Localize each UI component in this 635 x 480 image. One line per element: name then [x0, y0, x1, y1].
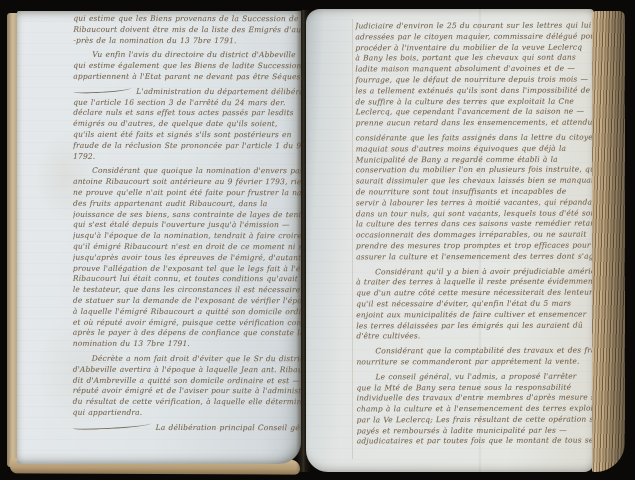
manuscript-line: considérante que les faits assignés dans…	[356, 133, 593, 145]
manuscript-line: adressées par le citoyen maquier, commis…	[355, 31, 592, 43]
manuscript-line: enjoint aux municipalités de faire culti…	[356, 309, 593, 321]
manuscript-line: Considérant qu'il y a bien à avoir préju…	[356, 266, 593, 278]
manuscript-line: L'administration du département délibéra…	[73, 87, 301, 98]
manuscript-line: le testateur, que dans les circonstances…	[73, 285, 301, 296]
manuscript-line: Ribaucourt lui était connu, et toutes co…	[73, 274, 301, 285]
manuscript-line: champ à la culture et à l'ensemencement …	[357, 404, 594, 416]
manuscript-paragraph: L'administration du département délibéra…	[73, 87, 301, 163]
manuscript-paragraph: La délibération principal Conseil généra…	[73, 422, 301, 433]
manuscript-line: que la Mté de Bany sera tenue sous la re…	[357, 382, 594, 394]
manuscript-line: qui s'est étalé depuis l'ouverture jusqu…	[73, 220, 301, 231]
manuscript-paragraph: Judiciaire d'environ le 25 du courant su…	[355, 21, 592, 130]
manuscript-line: après le payer à des dépens de confiance…	[73, 328, 301, 339]
manuscript-line: que d'un autre côté cette mesure nécessi…	[356, 288, 593, 300]
manuscript-line: à laquelle l'émigré Ribaucourt a quitté …	[73, 307, 301, 318]
manuscript-paragraph: Considérant que la comptabilité des trav…	[356, 346, 593, 368]
manuscript-line: Judiciaire d'environ le 25 du courant su…	[355, 21, 592, 33]
manuscript-line: du résultat de cette vérification, à laq…	[73, 397, 301, 408]
manuscript-line: qui appartiendra.	[73, 408, 301, 419]
manuscript-line: et où réputé avoir émigré, puisque cette…	[73, 317, 301, 328]
manuscript-line: de nourriture sont tout insuffisants et …	[356, 187, 593, 199]
manuscript-line: occasionnerait des dommages irréparables…	[356, 230, 593, 242]
manuscript-line: 1792.	[73, 151, 301, 162]
manuscript-line: fraude de la réclusion Ste prononcée par…	[73, 141, 301, 152]
book-scan: qui estime que les Biens provenans de la…	[0, 0, 635, 480]
manuscript-line: fourrage, que le défaut de nourriture de…	[355, 75, 592, 87]
manuscript-line: saurait dissimuler que les chevaux laiss…	[356, 176, 593, 188]
manuscript-line-text: La délibération principal Conseil généra…	[156, 423, 301, 432]
manuscript-line: qu'ils aient été faits et signés s'ils s…	[73, 130, 301, 141]
manuscript-line: ladite maison manquent absolument d'avoi…	[355, 64, 592, 76]
manuscript-paragraph: Le conseil général, vu l'admis, a propos…	[356, 371, 593, 447]
manuscript-line: Vu enfin l'avis du directoire du distric…	[73, 50, 301, 61]
manuscript-line: d'Abbeville avertira à l'époque à laquel…	[73, 365, 301, 376]
left-page-text: qui estime que les Biens provenans de la…	[73, 14, 302, 434]
manuscript-line: réputé avoir émigré et de l'aviser pour …	[73, 386, 301, 397]
manuscript-line: les terres délaissées par les émigrés qu…	[356, 320, 593, 332]
manuscript-line: -près de la nomination du 13 7bre 1791.	[73, 35, 301, 46]
manuscript-line: déclare nuls et sans effet tous actes pa…	[73, 108, 301, 119]
manuscript-line: dit d'Ambreville a quitté son domicile o…	[73, 375, 301, 386]
manuscript-line: payés et remboursés à ladite municipalit…	[357, 425, 594, 437]
manuscript-line: dans un tour nuls, qui sont vacants, les…	[356, 208, 593, 220]
manuscript-line: des fruits appartenant audit Ribaucourt,…	[73, 199, 301, 210]
manuscript-paragraph: Considérant que quoique la nomination d'…	[73, 166, 301, 350]
manuscript-line: servir à labourer les terres à moitié va…	[356, 197, 593, 209]
manuscript-line: la culture des terres dans ces saisons v…	[356, 219, 593, 231]
manuscript-line: prenne aucun retard dans les ensemenceme…	[356, 118, 593, 130]
manuscript-line: de suffire à la culture des terres que e…	[356, 96, 593, 108]
manuscript-line: Municipalité de Bany a regardé comme éta…	[356, 154, 593, 166]
manuscript-line: procéder à l'inventaire du mobilier de l…	[355, 42, 592, 54]
manuscript-line: de statuer sur la demande de l'exposant …	[73, 296, 301, 307]
manuscript-paragraph: Décrète a nom fait droit d'éviter que le…	[73, 354, 301, 419]
ink-flourish	[73, 87, 131, 94]
manuscript-line: Considérant que quoique la nomination d'…	[73, 166, 301, 177]
manuscript-line: prendre des mesures trop promptes et tro…	[356, 241, 593, 253]
manuscript-line: nomination du 13 7bre 1791.	[73, 339, 301, 350]
manuscript-line: qui estime que les Biens provenans de la…	[73, 14, 301, 25]
manuscript-line: Leclercq, que cependant l'avancement de …	[356, 107, 593, 119]
manuscript-line: jusqu'à l'époque de la nomination, tendr…	[73, 231, 301, 242]
manuscript-line: La délibération principal Conseil généra…	[73, 422, 301, 433]
fore-edge-stack	[592, 11, 625, 472]
manuscript-line: prouve l'allégation de l'exposant tel qu…	[73, 263, 301, 274]
manuscript-line: Ribaucourt doivent être mis de la liste …	[73, 25, 301, 36]
left-page: qui estime que les Biens provenans de la…	[17, 11, 301, 464]
manuscript-line: ne prouve qu'elle n'ait point été faite …	[73, 188, 301, 199]
manuscript-line: adjudicataires et par toutes fois que le…	[357, 436, 594, 448]
manuscript-line: Décrète a nom fait droit d'éviter que le…	[73, 354, 301, 365]
manuscript-line: jusqu'après avoir tous les épreuves de l…	[73, 253, 301, 264]
right-page: Judiciaire d'environ le 25 du courant su…	[306, 9, 594, 472]
manuscript-line: qu'il émigré Ribaucourt n'est en droit d…	[73, 242, 301, 253]
manuscript-paragraph: considérante que les faits assignés dans…	[356, 133, 593, 263]
manuscript-line: appartiennent à l'Etat parant ne devant …	[73, 72, 301, 83]
manuscript-paragraph: Considérant qu'il y a bien à avoir préju…	[356, 266, 593, 342]
manuscript-line: que l'article 16 section 3 de l'arrêté d…	[73, 97, 301, 108]
manuscript-line: nourriture se commanderont par appréteme…	[356, 356, 593, 368]
manuscript-line-text: L'administration du département délibéra…	[136, 87, 301, 96]
manuscript-line: assurer la culture et l'ensemencement de…	[356, 251, 593, 263]
manuscript-line: par la Ve Leclercq; Les frais résultant …	[357, 414, 594, 426]
manuscript-line: individuelle des travaux d'entre membres…	[357, 393, 594, 405]
manuscript-line: jouissance de ses biens, sans contrainte…	[73, 209, 301, 220]
manuscript-line: antoine Ribaucourt soit antérieure au 9 …	[73, 177, 301, 188]
manuscript-line: qui estime également que les Biens de la…	[73, 61, 301, 72]
manuscript-line: Le conseil général, vu l'admis, a propos…	[356, 371, 593, 383]
margin-rule	[352, 19, 353, 459]
manuscript-line: à Bany les bois, portant que les chevaux…	[355, 53, 592, 65]
manuscript-paragraph: Vu enfin l'avis du directoire du distric…	[73, 50, 301, 83]
ink-flourish	[73, 422, 151, 430]
manuscript-line: d'être cultivées.	[356, 331, 593, 343]
manuscript-line: maquiat sous d'autres moins équivoques q…	[356, 143, 593, 155]
right-page-text: Judiciaire d'environ le 25 du courant su…	[355, 21, 593, 448]
manuscript-line: émigrés ou d'autres, de quelque date qu'…	[73, 119, 301, 130]
manuscript-line: les a tellement exténués qu'ils sont dan…	[355, 85, 592, 97]
manuscript-line: qu'il est nécessaire d'éviter, qu'enfin …	[356, 299, 593, 311]
manuscript-paragraph: qui estime que les Biens provenans de la…	[73, 14, 301, 47]
manuscript-line: Considérant que la comptabilité des trav…	[356, 346, 593, 358]
manuscript-line: à traiter des terres à laquelle il reste…	[356, 277, 593, 289]
manuscript-line: conservation du mobilier l'on en plusieu…	[356, 165, 593, 177]
